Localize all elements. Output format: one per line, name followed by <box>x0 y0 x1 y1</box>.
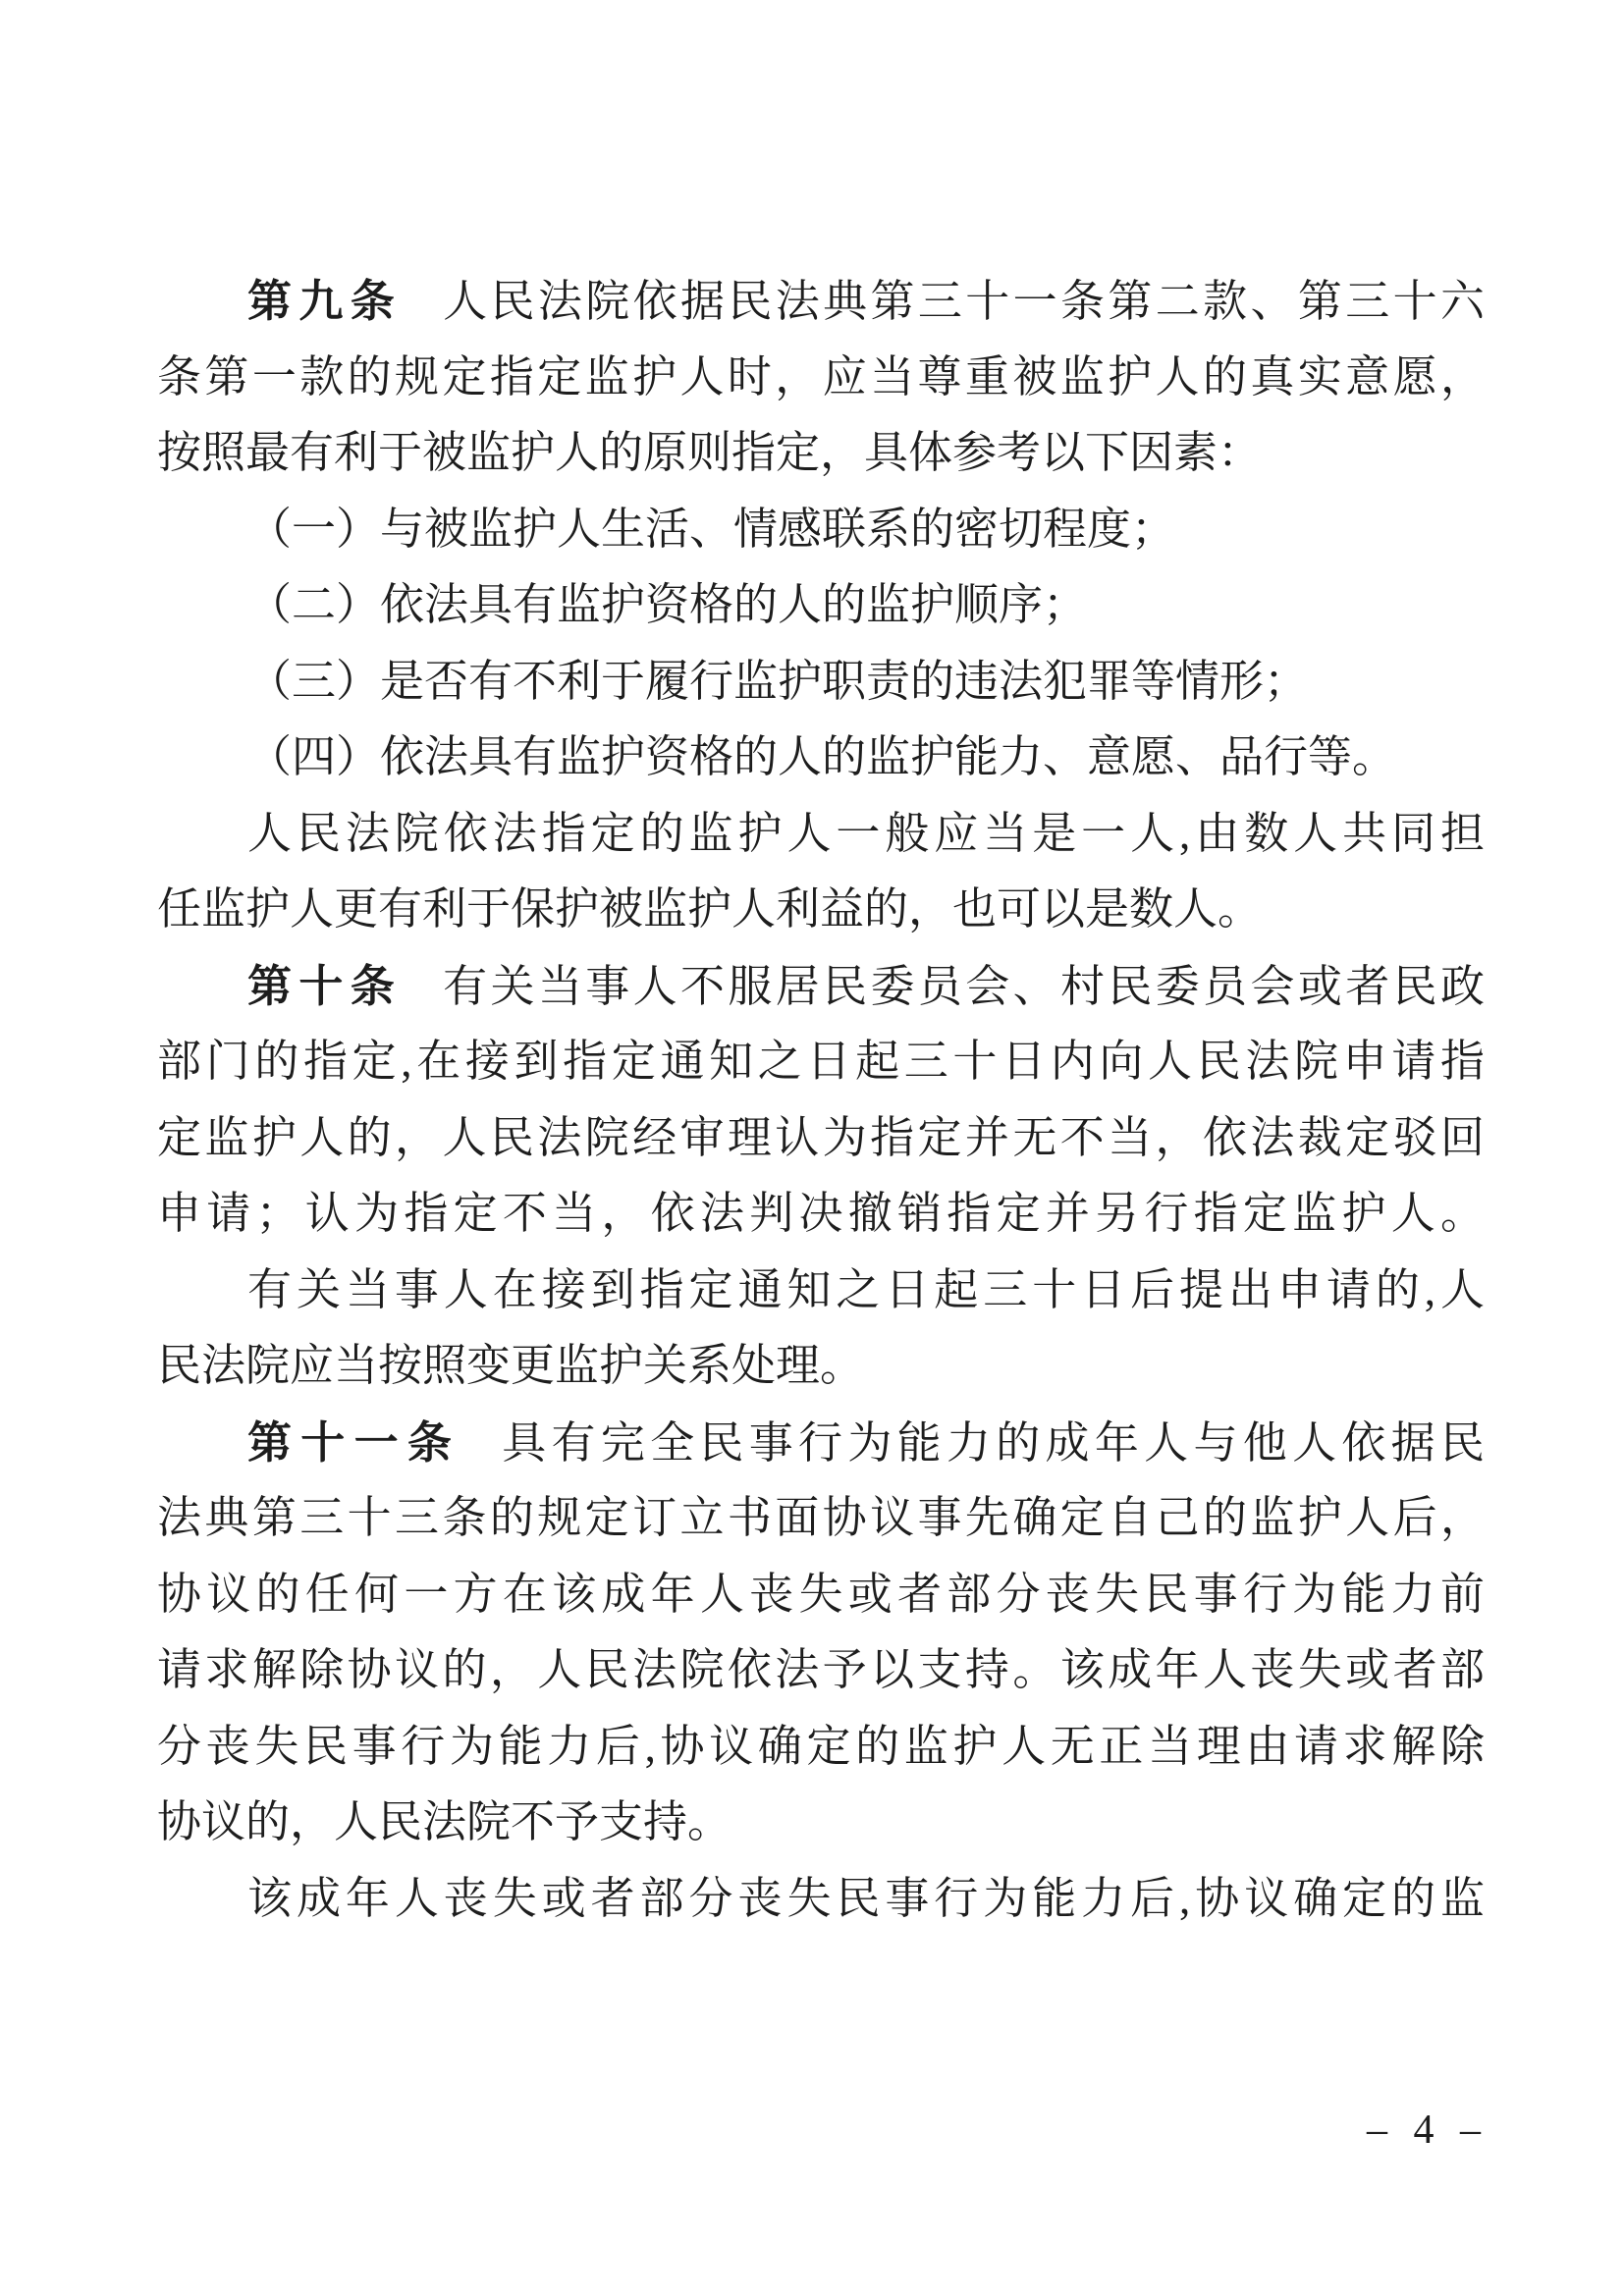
doc-line: （一）与被监护人生活、情感联系的密切程度； <box>157 492 1485 568</box>
doc-line: 条第一款的规定指定监护人时，应当尊重被监护人的真实意愿， <box>157 340 1485 416</box>
doc-line: 定监护人的，人民法院经审理认为指定并无不当，依法裁定驳回 <box>157 1100 1485 1177</box>
doc-line: 协议的任何一方在该成年人丧失或者部分丧失民事行为能力前 <box>157 1557 1485 1633</box>
doc-line: 分丧失民事行为能力后,协议确定的监护人无正当理由请求解除 <box>157 1709 1485 1786</box>
line-text: （四）依法具有监护资格的人的监护能力、意愿、品行等。 <box>247 732 1396 781</box>
document-page: 第九条人民法院依据民法典第三十一条第二款、第三十六 条第一款的规定指定监护人时，… <box>0 0 1624 2296</box>
doc-line: 人民法院依法指定的监护人一般应当是一人,由数人共同担 <box>157 796 1485 873</box>
doc-line: （四）依法具有监护资格的人的监护能力、意愿、品行等。 <box>157 720 1485 796</box>
doc-line: （二）依法具有监护资格的人的监护顺序； <box>157 567 1485 644</box>
line-text: 请求解除协议的，人民法院依法予以支持。该成年人丧失或者部 <box>157 1645 1485 1694</box>
line-text: 申请；认为指定不当，依法判决撤销指定并另行指定监护人。 <box>157 1189 1485 1238</box>
line-text: 部门的指定,在接到指定通知之日起三十日内向人民法院申请指 <box>157 1037 1485 1086</box>
doc-line: 按照最有利于被监护人的原则指定，具体参考以下因素： <box>157 415 1485 492</box>
doc-line: （三）是否有不利于履行监护职责的违法犯罪等情形； <box>157 644 1485 721</box>
line-text: 任监护人更有利于保护被监护人利益的，也可以是数人。 <box>157 884 1262 934</box>
line-text: 条第一款的规定指定监护人时，应当尊重被监护人的真实意愿， <box>157 352 1485 401</box>
line-text: （一）与被监护人生活、情感联系的密切程度； <box>247 505 1175 554</box>
article-number: 第九条 <box>247 276 402 326</box>
line-text: 该成年人丧失或者部分丧失民事行为能力后,协议确定的监 <box>247 1874 1485 1923</box>
article-number: 第十条 <box>247 961 402 1011</box>
doc-line: 该成年人丧失或者部分丧失民事行为能力后,协议确定的监 <box>157 1861 1485 1938</box>
line-text: 有关当事人不服居民委员会、村民委员会或者民政 <box>443 962 1485 1011</box>
line-text: 按照最有利于被监护人的原则指定，具体参考以下因素： <box>157 428 1262 477</box>
line-text: 人民法院依法指定的监护人一般应当是一人,由数人共同担 <box>247 809 1485 858</box>
doc-line: 第十条有关当事人不服居民委员会、村民委员会或者民政 <box>157 948 1485 1025</box>
line-text: 协议的，人民法院不予支持。 <box>157 1797 731 1846</box>
line-text: 协议的任何一方在该成年人丧失或者部分丧失民事行为能力前 <box>157 1570 1485 1619</box>
line-text: （二）依法具有监护资格的人的监护顺序； <box>247 580 1087 629</box>
document-body: 第九条人民法院依据民法典第三十一条第二款、第三十六 条第一款的规定指定监护人时，… <box>157 263 1485 1937</box>
doc-line: 协议的，人民法院不予支持。 <box>157 1785 1485 1861</box>
line-text: 定监护人的，人民法院经审理认为指定并无不当，依法裁定驳回 <box>157 1113 1485 1162</box>
doc-line: 任监护人更有利于保护被监护人利益的，也可以是数人。 <box>157 872 1485 948</box>
doc-line: 部门的指定,在接到指定通知之日起三十日内向人民法院申请指 <box>157 1024 1485 1100</box>
doc-line: 第九条人民法院依据民法典第三十一条第二款、第三十六 <box>157 263 1485 340</box>
line-text: 人民法院依据民法典第三十一条第二款、第三十六 <box>443 277 1485 326</box>
line-text: 民法院应当按照变更监护关系处理。 <box>157 1341 864 1390</box>
doc-line: 申请；认为指定不当，依法判决撤销指定并另行指定监护人。 <box>157 1176 1485 1253</box>
page-number: – 4 – <box>1367 2107 1481 2154</box>
doc-line: 第十一条具有完全民事行为能力的成年人与他人依据民 <box>157 1405 1485 1481</box>
line-text: （三）是否有不利于履行监护职责的违法犯罪等情形； <box>247 657 1308 706</box>
line-text: 分丧失民事行为能力后,协议确定的监护人无正当理由请求解除 <box>157 1722 1485 1771</box>
doc-line: 有关当事人在接到指定通知之日起三十日后提出申请的,人 <box>157 1253 1485 1329</box>
line-text: 法典第三十三条的规定订立书面协议事先确定自己的监护人后， <box>157 1493 1485 1542</box>
line-text: 具有完全民事行为能力的成年人与他人依据民 <box>502 1418 1485 1468</box>
article-number: 第十一条 <box>247 1417 460 1468</box>
doc-line: 民法院应当按照变更监护关系处理。 <box>157 1328 1485 1405</box>
doc-line: 请求解除协议的，人民法院依法予以支持。该成年人丧失或者部 <box>157 1632 1485 1709</box>
line-text: 有关当事人在接到指定通知之日起三十日后提出申请的,人 <box>247 1265 1485 1314</box>
doc-line: 法典第三十三条的规定订立书面协议事先确定自己的监护人后， <box>157 1480 1485 1557</box>
